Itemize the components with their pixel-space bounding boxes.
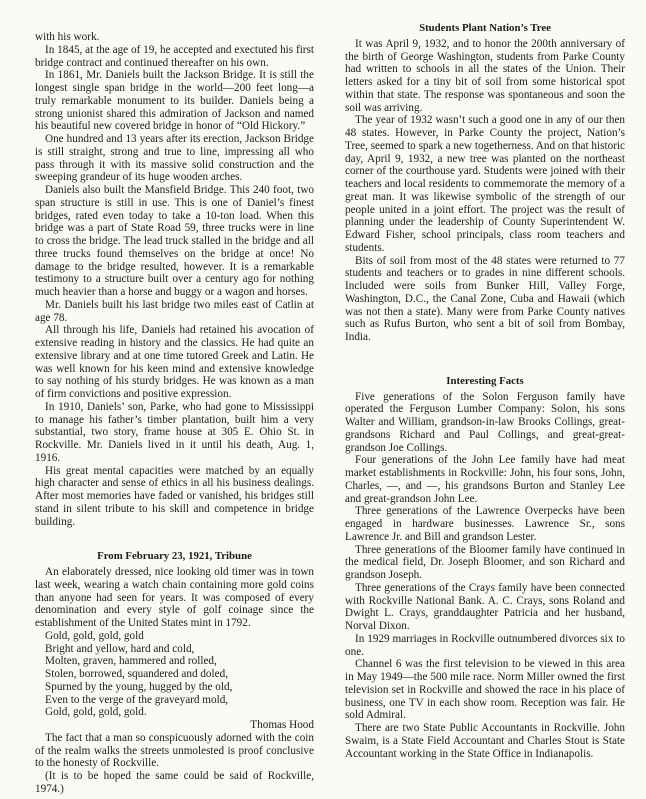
- paragraph: Five generations of the Solon Ferguson f…: [345, 391, 625, 455]
- paragraph: In 1845, at the age of 19, he accepted a…: [35, 44, 314, 70]
- left-column: with his work. In 1845, at the age of 19…: [35, 31, 314, 796]
- tribune-section: From February 23, 1921, Tribune An elabo…: [35, 550, 314, 795]
- paragraph: Bits of soil from most of the 48 states …: [345, 255, 625, 344]
- paragraph: Channel 6 was the first television to be…: [345, 658, 625, 722]
- paragraph: His great mental capacities were matched…: [35, 465, 314, 529]
- poem: Gold, gold, gold, gold Bright and yellow…: [35, 630, 314, 719]
- paragraph: In 1910, Daniels’ son, Parke, who had go…: [35, 401, 314, 465]
- paragraph: Mr. Daniels built his last bridge two mi…: [35, 299, 314, 325]
- facts-section: Interesting Facts Five generations of th…: [345, 375, 625, 761]
- paragraph: One hundred and 13 years after its erect…: [35, 133, 314, 184]
- poem-line: Stolen, borrowed, squandered and doled,: [45, 668, 314, 681]
- paragraph: There are two State Public Accountants i…: [345, 722, 625, 760]
- section-heading: Interesting Facts: [345, 375, 625, 388]
- section-heading: From February 23, 1921, Tribune: [35, 550, 314, 563]
- paragraph: In 1861, Mr. Daniels built the Jackson B…: [35, 69, 314, 133]
- poem-line: Gold, gold, gold, gold.: [45, 706, 314, 719]
- poem-line: Bright and yellow, hard and cold,: [45, 643, 314, 656]
- poem-line: Gold, gold, gold, gold: [45, 630, 314, 643]
- paragraph: The fact that a man so conspicuously ado…: [35, 732, 314, 770]
- section-heading: Students Plant Nation’s Tree: [345, 22, 625, 35]
- paragraph: It was April 9, 1932, and to honor the 2…: [345, 38, 625, 115]
- paragraph: Four generations of the John Lee family …: [345, 454, 625, 505]
- paragraph: Daniels also built the Mansfield Bridge.…: [35, 184, 314, 299]
- paragraph: All through his life, Daniels had retain…: [35, 324, 314, 401]
- paragraph: Three generations of the Bloomer family …: [345, 544, 625, 582]
- paragraph: (It is to be hoped the same could be sai…: [35, 770, 314, 796]
- paragraph: The year of 1932 wasn’t such a good one …: [345, 114, 625, 254]
- poem-attribution: Thomas Hood: [35, 719, 314, 732]
- paragraph: with his work.: [35, 31, 314, 44]
- poem-line: Spurned by the young, hugged by the old,: [45, 681, 314, 694]
- paragraph: Three generations of the Lawrence Overpe…: [345, 505, 625, 543]
- tree-section: Students Plant Nation’s Tree It was Apri…: [345, 22, 625, 344]
- poem-line: Molten, graven, hammered and rolled,: [45, 655, 314, 668]
- right-column: Students Plant Nation’s Tree It was Apri…: [345, 22, 625, 760]
- paragraph: An elaborately dressed, nice looking old…: [35, 566, 314, 630]
- paragraph: In 1929 marriages in Rockville outnumber…: [345, 633, 625, 659]
- poem-line: Even to the verge of the graveyard mold,: [45, 694, 314, 707]
- paragraph: Three generations of the Crays family ha…: [345, 582, 625, 633]
